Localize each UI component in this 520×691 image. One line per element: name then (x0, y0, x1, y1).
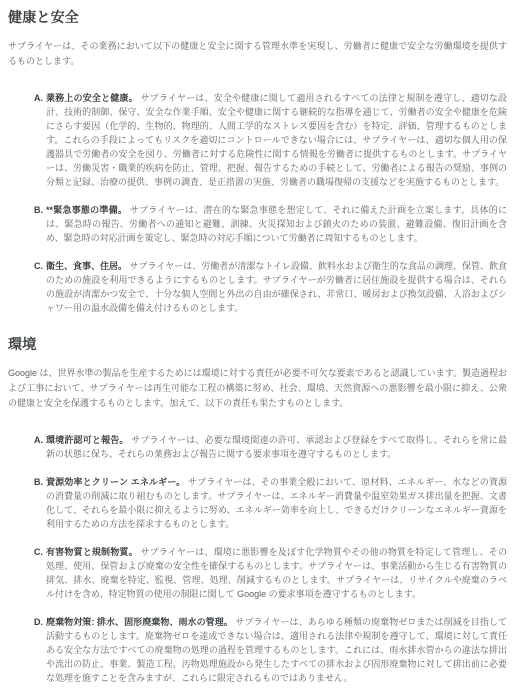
list-item-resource-efficiency-clean-energy: B.資源効率とクリーン エネルギー。 サプライヤーは、その事業全般において、原材… (34, 475, 507, 531)
item-title: 業務上の安全と健康。 (46, 93, 138, 103)
item-marker: A. (34, 433, 43, 447)
list-item-waste-management: D.廃棄物対策: 排水、固形廃棄物、雨水の管理。 サプライヤーは、あらゆる種類の… (34, 615, 507, 685)
item-marker: C. (34, 545, 43, 559)
item-title: **緊急事態の準備。 (46, 205, 127, 215)
item-title: 環境許認可と報告。 (46, 435, 129, 445)
item-body: サプライヤーは、安全や健康に関して適用されるすべての法律と規制を遵守し、適切な設… (46, 93, 507, 187)
item-title: 廃棄物対策: 排水、固形廃棄物、雨水の管理。 (46, 617, 233, 627)
heading-environment: 環境 (8, 335, 507, 353)
list-item-sanitation-food-housing: C.衛生、食事、住居。 サプライヤーは、労働者が清潔なトイレ設備、飲料水および衛… (34, 259, 507, 315)
item-marker: A. (34, 91, 43, 105)
page: { "page": { "background": "#ffffff", "bo… (0, 0, 520, 691)
item-marker: D. (34, 615, 43, 629)
item-title: 資源効率とクリーン エネルギー。 (46, 477, 185, 487)
section-health-and-safety: 健康と安全 サプライヤーは、その業務において以下の健康と安全に関する管理水準を実… (8, 8, 507, 315)
document-body: 健康と安全 サプライヤーは、その業務において以下の健康と安全に関する管理水準を実… (0, 0, 520, 685)
item-title: 有害物質と規制物質。 (46, 547, 138, 557)
heading-health-and-safety: 健康と安全 (8, 8, 507, 26)
list-item-hazardous-regulated-substances: C.有害物質と規制物質。 サプライヤーは、環境に悪影響を及ぼす化学物質やその他の… (34, 545, 507, 601)
item-marker: B. (34, 203, 43, 217)
intro-health-and-safety: サプライヤーは、その業務において以下の健康と安全に関する管理水準を実現し、労働者… (8, 39, 507, 69)
list-environment: A.環境許認可と報告。 サプライヤーは、必要な環境関連の許可、承認および登録をす… (8, 433, 507, 685)
section-environment: 環境 Google は、世界水準の製品を生産するためには環境に対する責任が必要不… (8, 335, 507, 685)
item-marker: B. (34, 475, 43, 489)
list-item-occupational-safety: A.業務上の安全と健康。 サプライヤーは、安全や健康に関して適用されるすべての法… (34, 91, 507, 189)
list-health-and-safety: A.業務上の安全と健康。 サプライヤーは、安全や健康に関して適用されるすべての法… (8, 91, 507, 315)
item-title: 衛生、食事、住居。 (46, 261, 127, 271)
list-item-environmental-permits: A.環境許認可と報告。 サプライヤーは、必要な環境関連の許可、承認および登録をす… (34, 433, 507, 461)
list-item-emergency-preparedness: B.**緊急事態の準備。 サプライヤーは、潜在的な緊急事態を想定して、それに備え… (34, 203, 507, 245)
intro-environment: Google は、世界水準の製品を生産するためには環境に対する責任が必要不可欠な… (8, 366, 507, 411)
item-marker: C. (34, 259, 43, 273)
